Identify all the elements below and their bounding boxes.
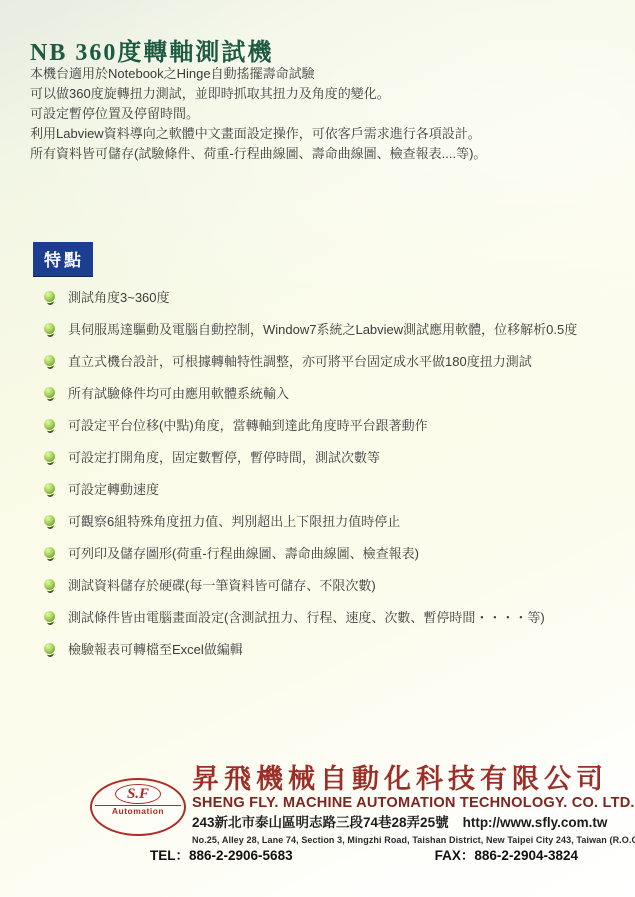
feature-text: 可觀察6組特殊角度扭力值、判別超出上下限扭力值時停止 — [68, 511, 400, 530]
tel-fax-row: TEL：886-2-2906-5683 FAX：886-2-2904-3824 — [150, 844, 578, 864]
feature-item: 測試資料儲存於硬碟(每一筆資料皆可儲存、不限次數) — [44, 574, 577, 594]
ball-bullet-icon — [44, 387, 55, 398]
intro-line: 本機台適用於Notebook之Hinge自動搖擺壽命試驗 — [30, 64, 486, 84]
ball-bullet-icon — [44, 515, 55, 526]
feature-item: 可觀察6組特殊角度扭力值、判別超出上下限扭力值時停止 — [44, 510, 577, 530]
logo-sf-text: S.F — [115, 784, 161, 804]
feature-item: 可設定轉動速度 — [44, 478, 577, 498]
feature-item: 可列印及儲存圖形(荷重-行程曲線圖、壽命曲線圖、檢查報表) — [44, 542, 577, 562]
feature-text: 檢驗報表可轉檔至Excel做編輯 — [68, 639, 243, 658]
ball-bullet-icon — [44, 483, 55, 494]
ball-bullet-icon — [44, 451, 55, 462]
feature-item: 可設定打開角度，固定數暫停，暫停時間，測試次數等 — [44, 446, 577, 466]
company-name-zh: 昇飛機械自動化科技有限公司 — [192, 764, 635, 794]
address-zh: 243新北市泰山區明志路三段74巷28弄25號 — [192, 815, 449, 830]
feature-text: 可設定平台位移(中點)角度，當轉軸到達此角度時平台跟著動作 — [68, 415, 428, 434]
ball-bullet-icon — [44, 547, 55, 558]
company-block: 昇飛機械自動化科技有限公司 SHENG FLY. MACHINE AUTOMAT… — [192, 764, 635, 847]
feature-text: 所有試驗條件均可由應用軟體系統輸入 — [68, 383, 289, 402]
logo-automation-text: Automation — [112, 806, 164, 816]
feature-text: 可列印及儲存圖形(荷重-行程曲線圖、壽命曲線圖、檢查報表) — [68, 543, 419, 562]
address-line-zh: 243新北市泰山區明志路三段74巷28弄25號http://www.sfly.c… — [192, 814, 635, 832]
intro-line: 可以做360度旋轉扭力測試，並即時抓取其扭力及角度的變化。 — [30, 84, 486, 104]
feature-text: 可設定打開角度，固定數暫停，暫停時間，測試次數等 — [68, 447, 380, 466]
ball-bullet-icon — [44, 579, 55, 590]
feature-text: 測試條件皆由電腦畫面設定(含測試扭力、行程、速度、次數、暫停時間・・・・等) — [68, 607, 545, 626]
feature-text: 測試資料儲存於硬碟(每一筆資料皆可儲存、不限次數) — [68, 575, 376, 594]
intro-line: 可設定暫停位置及停留時間。 — [30, 104, 486, 124]
ball-bullet-icon — [44, 323, 55, 334]
feature-item: 所有試驗條件均可由應用軟體系統輸入 — [44, 382, 577, 402]
intro-paragraph: 本機台適用於Notebook之Hinge自動搖擺壽命試驗 可以做360度旋轉扭力… — [30, 64, 486, 164]
feature-text: 具伺服馬達驅動及電腦自動控制，Window7系統之Labview測試應用軟體，位… — [68, 319, 577, 338]
feature-text: 可設定轉動速度 — [68, 479, 159, 498]
company-name-en: SHENG FLY. MACHINE AUTOMATION TECHNOLOGY… — [192, 795, 635, 812]
features-list: 測試角度3~360度 具伺服馬達驅動及電腦自動控制，Window7系統之Labv… — [44, 286, 577, 670]
intro-line: 利用Labview資料導向之軟體中文畫面設定操作，可依客戶需求進行各項設計。 — [30, 124, 486, 144]
ball-bullet-icon — [44, 419, 55, 430]
feature-text: 直立式機台設計，可根據轉軸特性調整，亦可將平台固定成水平做180度扭力測試 — [68, 351, 532, 370]
intro-line: 所有資料皆可儲存(試驗條件、荷重-行程曲線圖、壽命曲線圖、檢查報表....等)。 — [30, 144, 486, 164]
ball-bullet-icon — [44, 611, 55, 622]
feature-item: 具伺服馬達驅動及電腦自動控制，Window7系統之Labview測試應用軟體，位… — [44, 318, 577, 338]
ball-bullet-icon — [44, 291, 55, 302]
features-heading: 特點 — [33, 242, 93, 276]
feature-item: 直立式機台設計，可根據轉軸特性調整，亦可將平台固定成水平做180度扭力測試 — [44, 350, 577, 370]
feature-item: 測試角度3~360度 — [44, 286, 577, 306]
sf-logo: S.F Automation — [90, 778, 186, 836]
tel-text: TEL：886-2-2906-5683 — [150, 844, 293, 864]
ball-bullet-icon — [44, 643, 55, 654]
website-text: http://www.sfly.com.tw — [463, 815, 608, 830]
fax-text: FAX：886-2-2904-3824 — [435, 844, 578, 864]
feature-item: 檢驗報表可轉檔至Excel做編輯 — [44, 638, 577, 658]
page-title: NB 360度轉軸測試機 — [30, 32, 273, 67]
ball-bullet-icon — [44, 355, 55, 366]
brochure-page: NB 360度轉軸測試機 本機台適用於Notebook之Hinge自動搖擺壽命試… — [0, 0, 635, 897]
feature-item: 測試條件皆由電腦畫面設定(含測試扭力、行程、速度、次數、暫停時間・・・・等) — [44, 606, 577, 626]
footer: S.F Automation 昇飛機械自動化科技有限公司 SHENG FLY. … — [0, 758, 635, 878]
feature-text: 測試角度3~360度 — [68, 287, 170, 306]
feature-item: 可設定平台位移(中點)角度，當轉軸到達此角度時平台跟著動作 — [44, 414, 577, 434]
